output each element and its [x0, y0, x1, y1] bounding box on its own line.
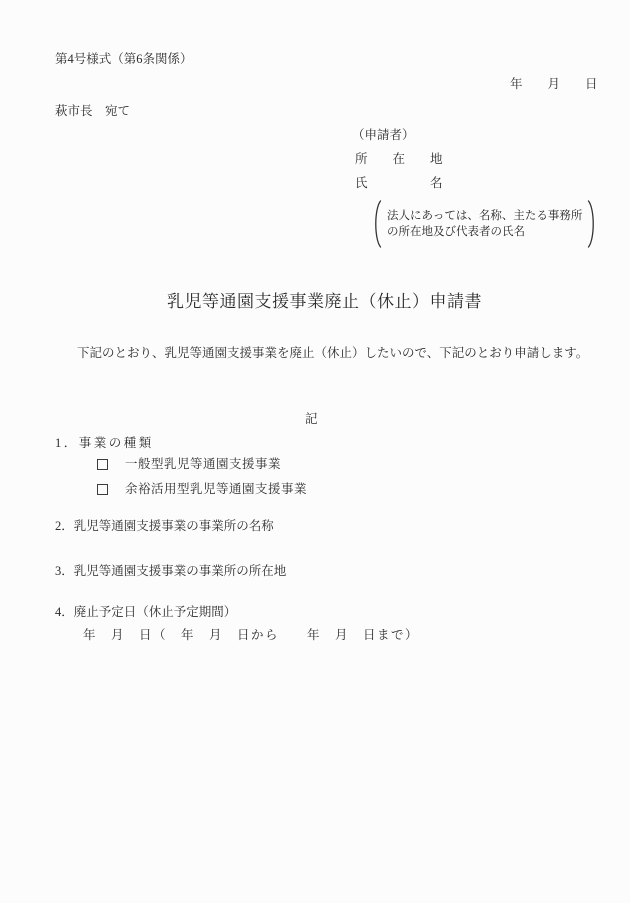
applicant-address-label: 所 在 地: [355, 152, 443, 167]
checkbox-row-surplus-type: 余裕活用型乳児等通園支援事業: [97, 482, 307, 497]
addressee: 萩市長 宛て: [55, 104, 130, 119]
section-3-heading: 3．乳児等通園支援事業の事業所の所在地: [55, 564, 286, 579]
corporate-note: 法人にあっては、名称、主たる事務所 の所在地及び代表者の氏名: [372, 200, 597, 248]
section-4-heading: 4．廃止予定日（休止予定期間）: [55, 605, 236, 620]
applicant-label: （申請者）: [352, 128, 415, 143]
section-1-heading: 1．事業の種類: [55, 436, 154, 451]
applicant-name-label: 氏 名: [355, 176, 443, 191]
corporate-note-line1: 法人にあっては、名称、主たる事務所: [387, 208, 582, 224]
corporate-note-text: 法人にあっては、名称、主たる事務所 の所在地及び代表者の氏名: [387, 208, 582, 240]
application-form-page: 第4号様式（第6条関係） 年 月 日 萩市長 宛て （申請者） 所 在 地 氏 …: [0, 0, 630, 903]
date-line: 年 月 日: [510, 77, 598, 92]
checkbox-general-type[interactable]: [97, 459, 108, 470]
section-2-heading: 2．乳児等通園支援事業の事業所の名称: [55, 519, 274, 534]
checkbox-surplus-type[interactable]: [97, 484, 108, 495]
document-title: 乳児等通園支援事業廃止（休止）申請書: [167, 292, 482, 312]
left-paren-icon: [372, 200, 382, 248]
section-4-date-line: 年 月 日（ 年 月 日から 年 月 日まで）: [83, 628, 419, 643]
form-number: 第4号様式（第6条関係）: [55, 52, 193, 67]
checkbox-row-general-type: 一般型乳児等通園支援事業: [97, 457, 281, 472]
right-paren-icon: [587, 200, 597, 248]
ki-label: 記: [305, 412, 318, 427]
body-paragraph: 下記のとおり、乳児等通園支援事業を廃止（休止）したいので、下記のとおり申請します…: [55, 346, 588, 361]
checkbox-surplus-type-label: 余裕活用型乳児等通園支援事業: [125, 482, 307, 497]
checkbox-general-type-label: 一般型乳児等通園支援事業: [125, 457, 281, 472]
corporate-note-line2: の所在地及び代表者の氏名: [387, 224, 582, 240]
